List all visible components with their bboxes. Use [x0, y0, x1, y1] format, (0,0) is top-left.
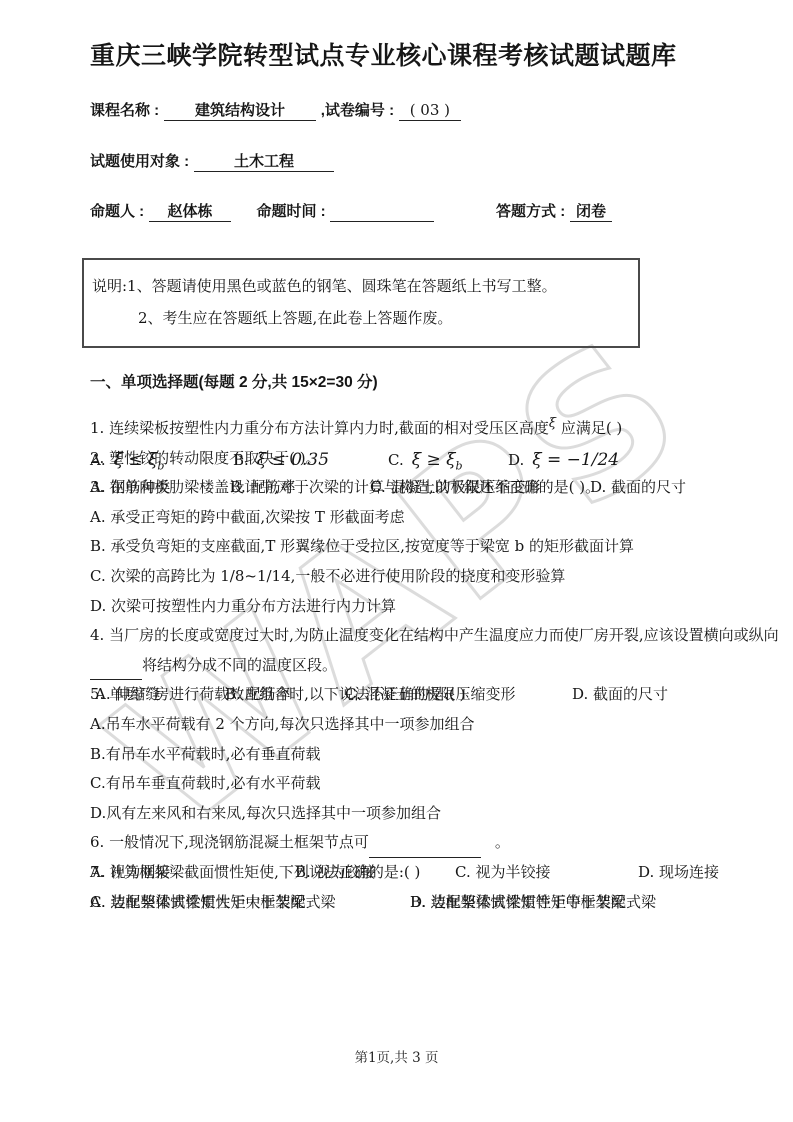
page-content: 重庆三峡学院转型试点专业核心课程考核试题试题库 课程名称 : 建筑结构设计 ,试…	[90, 0, 760, 888]
author-label: 命题人 :	[90, 203, 144, 220]
course-label: 课程名称 :	[90, 102, 159, 119]
q7-option-c: C. 装配整体式梁惯性矩大于装配式梁	[90, 888, 335, 918]
course-line: 课程名称 : 建筑结构设计 ,试卷编号 : ( 03 )	[90, 100, 760, 121]
question-7: 7. 计算框架梁截面惯性矩使,下列说法正确的是:( )	[90, 858, 760, 888]
time-value-field	[330, 221, 434, 222]
q3-option-c: C. 次梁的高跨比为 1/8~1/14,一般不必进行使用阶段的挠度和变形验算	[90, 562, 760, 592]
question-6: 6. 一般情况下,现浇钢筋混凝土框架节点可。	[90, 828, 760, 858]
q3-option-b: B. 承受负弯矩的支座截面,T 形翼缘位于受拉区,按宽度等于梁宽 b 的矩形截面…	[90, 532, 760, 562]
xi-symbol: ξ	[549, 416, 556, 431]
mode-label: 答题方式 :	[496, 203, 565, 220]
q5-option-c: C.有吊车垂直荷载时,必有水平荷载	[90, 769, 760, 799]
page-title: 重庆三峡学院转型试点专业核心课程考核试题试题库	[90, 40, 760, 72]
q5-option-b: B.有吊车水平荷载时,必有垂直荷载	[90, 740, 760, 770]
paper-no-label: ,试卷编号 :	[321, 102, 394, 119]
course-value-field: 建筑结构设计	[164, 101, 316, 121]
notice-line-2: 2、考生应在答题纸上答题,在此卷上答题作废。	[92, 302, 632, 334]
q3-option-d: D. 次梁可按塑性内力重分布方法进行内力计算	[90, 592, 760, 622]
question-1: 1. 连续梁板按塑性内力重分布方法计算内力时,截面的相对受压区高度ξ 应满足( …	[90, 409, 760, 444]
notice-line-1: 说明:1、答题请使用黑色或蓝色的钢笔、圆珠笔在答题纸上书写工整。	[92, 270, 632, 302]
exam-paper-page: WAPS 重庆三峡学院转型试点专业核心课程考核试题试题库 课程名称 : 建筑结构…	[0, 0, 793, 1122]
mode-value-field: 闭卷	[570, 202, 612, 222]
q5-option-a: A.吊车水平荷载有 2 个方向,每次只选择其中一项参加组合	[90, 710, 760, 740]
q3-option-a: A. 承受正弯矩的跨中截面,次梁按 T 形截面考虑	[90, 503, 760, 533]
question-2: 2. 塑性铰的转动限度不取决于( )。	[90, 444, 760, 474]
question-4-line1: 4. 当厂房的长度或宽度过大时,为防止温度变化在结构中产生温度应力而使厂房开裂,…	[90, 621, 760, 651]
section-heading: 一、单项选择题(每题 2 分,共 15×2=30 分)	[90, 368, 760, 397]
page-footer: 第1页,共 3 页	[0, 1046, 793, 1066]
author-line: 命题人 : 赵体栋 命题时间 : 答题方式 : 闭卷	[90, 201, 760, 222]
q7-option-d: D. 装配整体式梁惯性矩等于装配式梁	[410, 888, 656, 918]
target-line: 试题使用对象 : 土木工程	[90, 151, 760, 172]
q5-option-d: D.风有左来风和右来凤,每次只选择其中一项参加组合	[90, 799, 760, 829]
notice-box: 说明:1、答题请使用黑色或蓝色的钢笔、圆珠笔在答题纸上书写工整。 2、考生应在答…	[82, 258, 640, 348]
author-value-field: 赵体栋	[149, 202, 231, 222]
paper-no-value-field: ( 03 )	[399, 101, 461, 121]
question-4-line2: 将结构分成不同的温度区段。	[90, 651, 760, 681]
question-5: 5. 单层厂房进行荷载效应组合时,以下说法不正确的是:( )	[90, 680, 760, 710]
target-value-field: 土木工程	[194, 152, 334, 172]
time-label: 命题时间 :	[257, 203, 326, 220]
target-label: 试题使用对象 :	[90, 153, 189, 170]
question-3: 3. 在单向板肋梁楼盖设计中,对于次梁的计算与构造,以下叙述不正确的是( )。	[90, 473, 760, 503]
